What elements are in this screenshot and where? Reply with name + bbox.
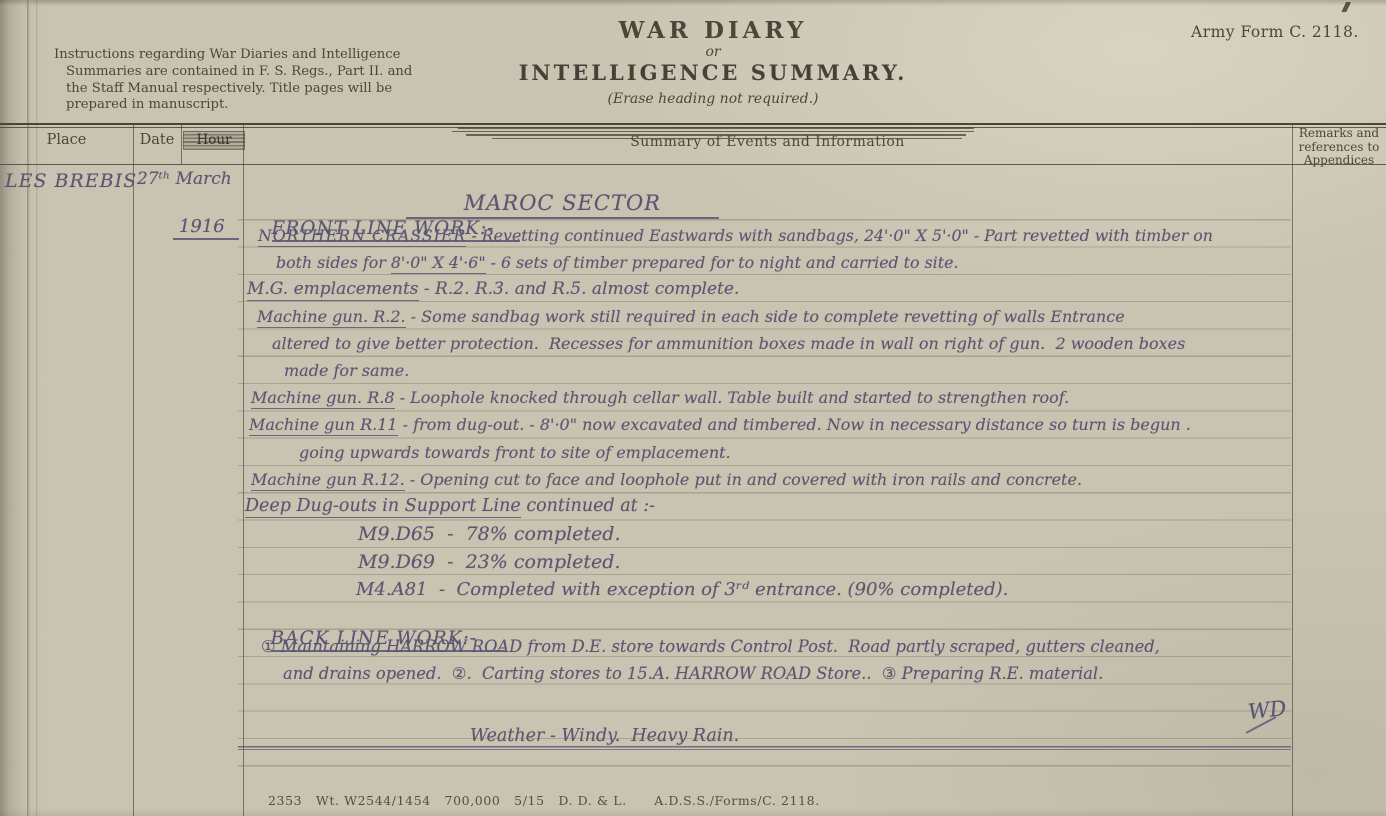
- print-imprint: 2353 Wt. W2544/1454 700,000 5/15 D. D. &…: [268, 793, 820, 808]
- col-line-place: [133, 124, 134, 816]
- diary-line-11: M9.D65 - 78% completed.: [358, 523, 621, 545]
- diary-line-10: Deep Dug-outs in Support Line continued …: [245, 496, 655, 516]
- diary-line-5: made for same.: [284, 361, 409, 380]
- diary-line-1: both sides for 8'·0" X 4'·6" - 6 sets of…: [276, 253, 958, 272]
- erase-heading-note: (Erase heading not required.): [452, 91, 974, 107]
- diary-line-3: Machine gun. R.2. - Some sandbag work st…: [257, 307, 1125, 326]
- form-title: WAR DIARY: [452, 17, 974, 44]
- diary-line-7: Machine gun R.11 - from dug-out. - 8'·0"…: [249, 415, 1191, 434]
- war-diary-scan: Instructions regarding War Diaries and I…: [0, 0, 1386, 816]
- form-subtitle: INTELLIGENCE SUMMARY.: [519, 60, 908, 85]
- form-instructions: Instructions regarding War Diaries and I…: [40, 47, 418, 114]
- col-header-hour-struck: Hour: [183, 131, 245, 150]
- col-header-date: Date: [133, 132, 181, 148]
- col-header-remarks: Remarks and references to Appendices: [1292, 127, 1386, 168]
- col-header-summary: Summary of Events and Information: [243, 134, 1292, 150]
- entry-year: 1916: [150, 195, 239, 258]
- diary-line-6: Machine gun. R.8 - Loophole knocked thro…: [251, 388, 1069, 407]
- table-top-border: [0, 123, 1386, 129]
- weather-line: Weather - Windy. Heavy Rain.: [470, 726, 739, 746]
- diary-line-9: Machine gun R.12. - Opening cut to face …: [251, 470, 1082, 489]
- remarks-line-1: Remarks and: [1292, 127, 1386, 141]
- diary-line-8: going upwards towards front to site of e…: [299, 443, 731, 462]
- diary-line-4: altered to give better protection. Reces…: [272, 334, 1185, 353]
- form-number: Army Form C. 2118.: [1191, 23, 1359, 41]
- form-title-or: or: [452, 44, 974, 60]
- entry-date: 27ᵗʰ March: [137, 169, 232, 189]
- col-header-place: Place: [0, 132, 133, 148]
- entry-place: LES BREBIS: [5, 170, 137, 192]
- diary-line-2: M.G. emplacements - R.2. R.3. and R.5. a…: [247, 279, 739, 299]
- diary-line-13: M4.A81 - Completed with exception of 3ʳᵈ…: [356, 579, 1008, 600]
- weather-underline: [238, 746, 1291, 751]
- col-line-remarks: [1292, 124, 1293, 816]
- remarks-line-2: references to: [1292, 141, 1386, 155]
- diary-line-12: M9.D69 - 23% completed.: [358, 551, 621, 573]
- diary-line-0: NORTHERN CRASSIER - Revetting continued …: [258, 226, 1213, 245]
- header-bottom-rule: [0, 164, 1386, 165]
- back-line-1: and drains opened. ②. Carting stores to …: [283, 664, 1103, 683]
- form-subtitle-struck: INTELLIGENCE SUMMARY.: [452, 60, 974, 85]
- remarks-line-3: Appendices: [1292, 154, 1386, 168]
- corner-mark: [1337, 2, 1355, 12]
- back-line-0: ① Maintaining HARROW ROAD from D.E. stor…: [261, 637, 1160, 656]
